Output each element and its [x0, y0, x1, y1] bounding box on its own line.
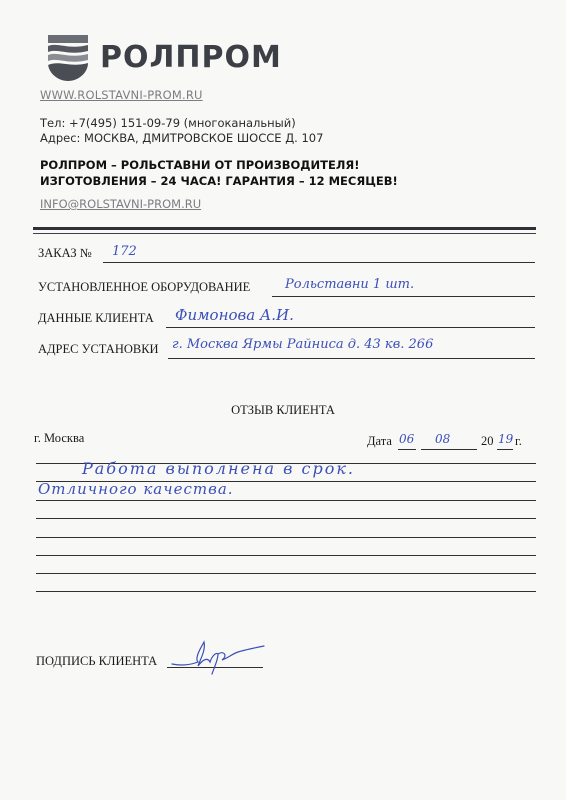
website-link[interactable]: WWW.ROLSTAVNI-PROM.RU [40, 88, 203, 102]
client-label: ДАННЫЕ КЛИЕНТА [38, 311, 154, 326]
address-text: Адрес: МОСКВА, ДМИТРОВСКОЕ ШОССЕ Д. 107 [40, 131, 323, 145]
review-title: ОТЗЫВ КЛИЕНТА [0, 403, 566, 418]
equipment-field[interactable]: Рольставни 1 шт. [285, 277, 414, 292]
review-text-line-1[interactable]: Работа выполнена в срок. [82, 459, 355, 478]
date-day-line [398, 449, 416, 450]
review-rule [36, 591, 536, 592]
date-year-line [497, 449, 513, 450]
install-address-field-line [168, 358, 535, 359]
equipment-label: УСТАНОВЛЕННОЕ ОБОРУДОВАНИЕ [38, 280, 250, 295]
order-field-line [103, 262, 535, 263]
review-text-line-2[interactable]: Отличного качества. [38, 480, 234, 498]
date-day-field[interactable]: 06 [399, 432, 414, 446]
install-address-field[interactable]: г. Москва Ярмы Райниса д. 43 кв. 266 [172, 337, 433, 352]
review-rule [36, 500, 536, 501]
date-year-unit: г. [515, 434, 522, 449]
review-rule [36, 537, 536, 538]
header-divider-thin [33, 233, 536, 234]
order-label: ЗАКАЗ № [38, 246, 92, 261]
date-month-field[interactable]: 08 [435, 432, 450, 446]
date-year-prefix: 20 [481, 434, 494, 449]
slogan-line-2: ИЗГОТОВЛЕНИЯ – 24 ЧАСА! ГАРАНТИЯ – 12 МЕ… [40, 174, 398, 188]
signature-label: ПОДПИСЬ КЛИЕНТА [36, 654, 157, 669]
review-city: г. Москва [34, 431, 84, 446]
equipment-field-line [272, 296, 535, 297]
review-rule [36, 573, 536, 574]
phone-text: Тел: +7(495) 151-09-79 (многоканальный) [40, 116, 296, 130]
order-field[interactable]: 172 [112, 244, 137, 259]
client-field-line [166, 327, 535, 328]
slogan-line-1: РОЛПРОМ – РОЛЬСТАВНИ ОТ ПРОИЗВОДИТЕЛЯ! [40, 158, 360, 172]
date-label: Дата [367, 434, 392, 449]
email-link[interactable]: INFO@ROLSTAVNI-PROM.RU [40, 197, 201, 211]
header-divider-thick [33, 227, 536, 230]
brand-name: РОЛПРОМ [100, 40, 282, 75]
wave-shield-icon [48, 35, 88, 81]
review-rule [36, 518, 536, 519]
date-year-field[interactable]: 19 [498, 432, 513, 446]
install-address-label: АДРЕС УСТАНОВКИ [38, 342, 159, 357]
client-field[interactable]: Фимонова А.И. [175, 306, 294, 324]
date-month-line [421, 449, 477, 450]
review-form-page: РОЛПРОМ WWW.ROLSTAVNI-PROM.RU Тел: +7(49… [0, 0, 566, 800]
review-rule [36, 555, 536, 556]
handwritten-signature-icon[interactable] [168, 638, 268, 678]
